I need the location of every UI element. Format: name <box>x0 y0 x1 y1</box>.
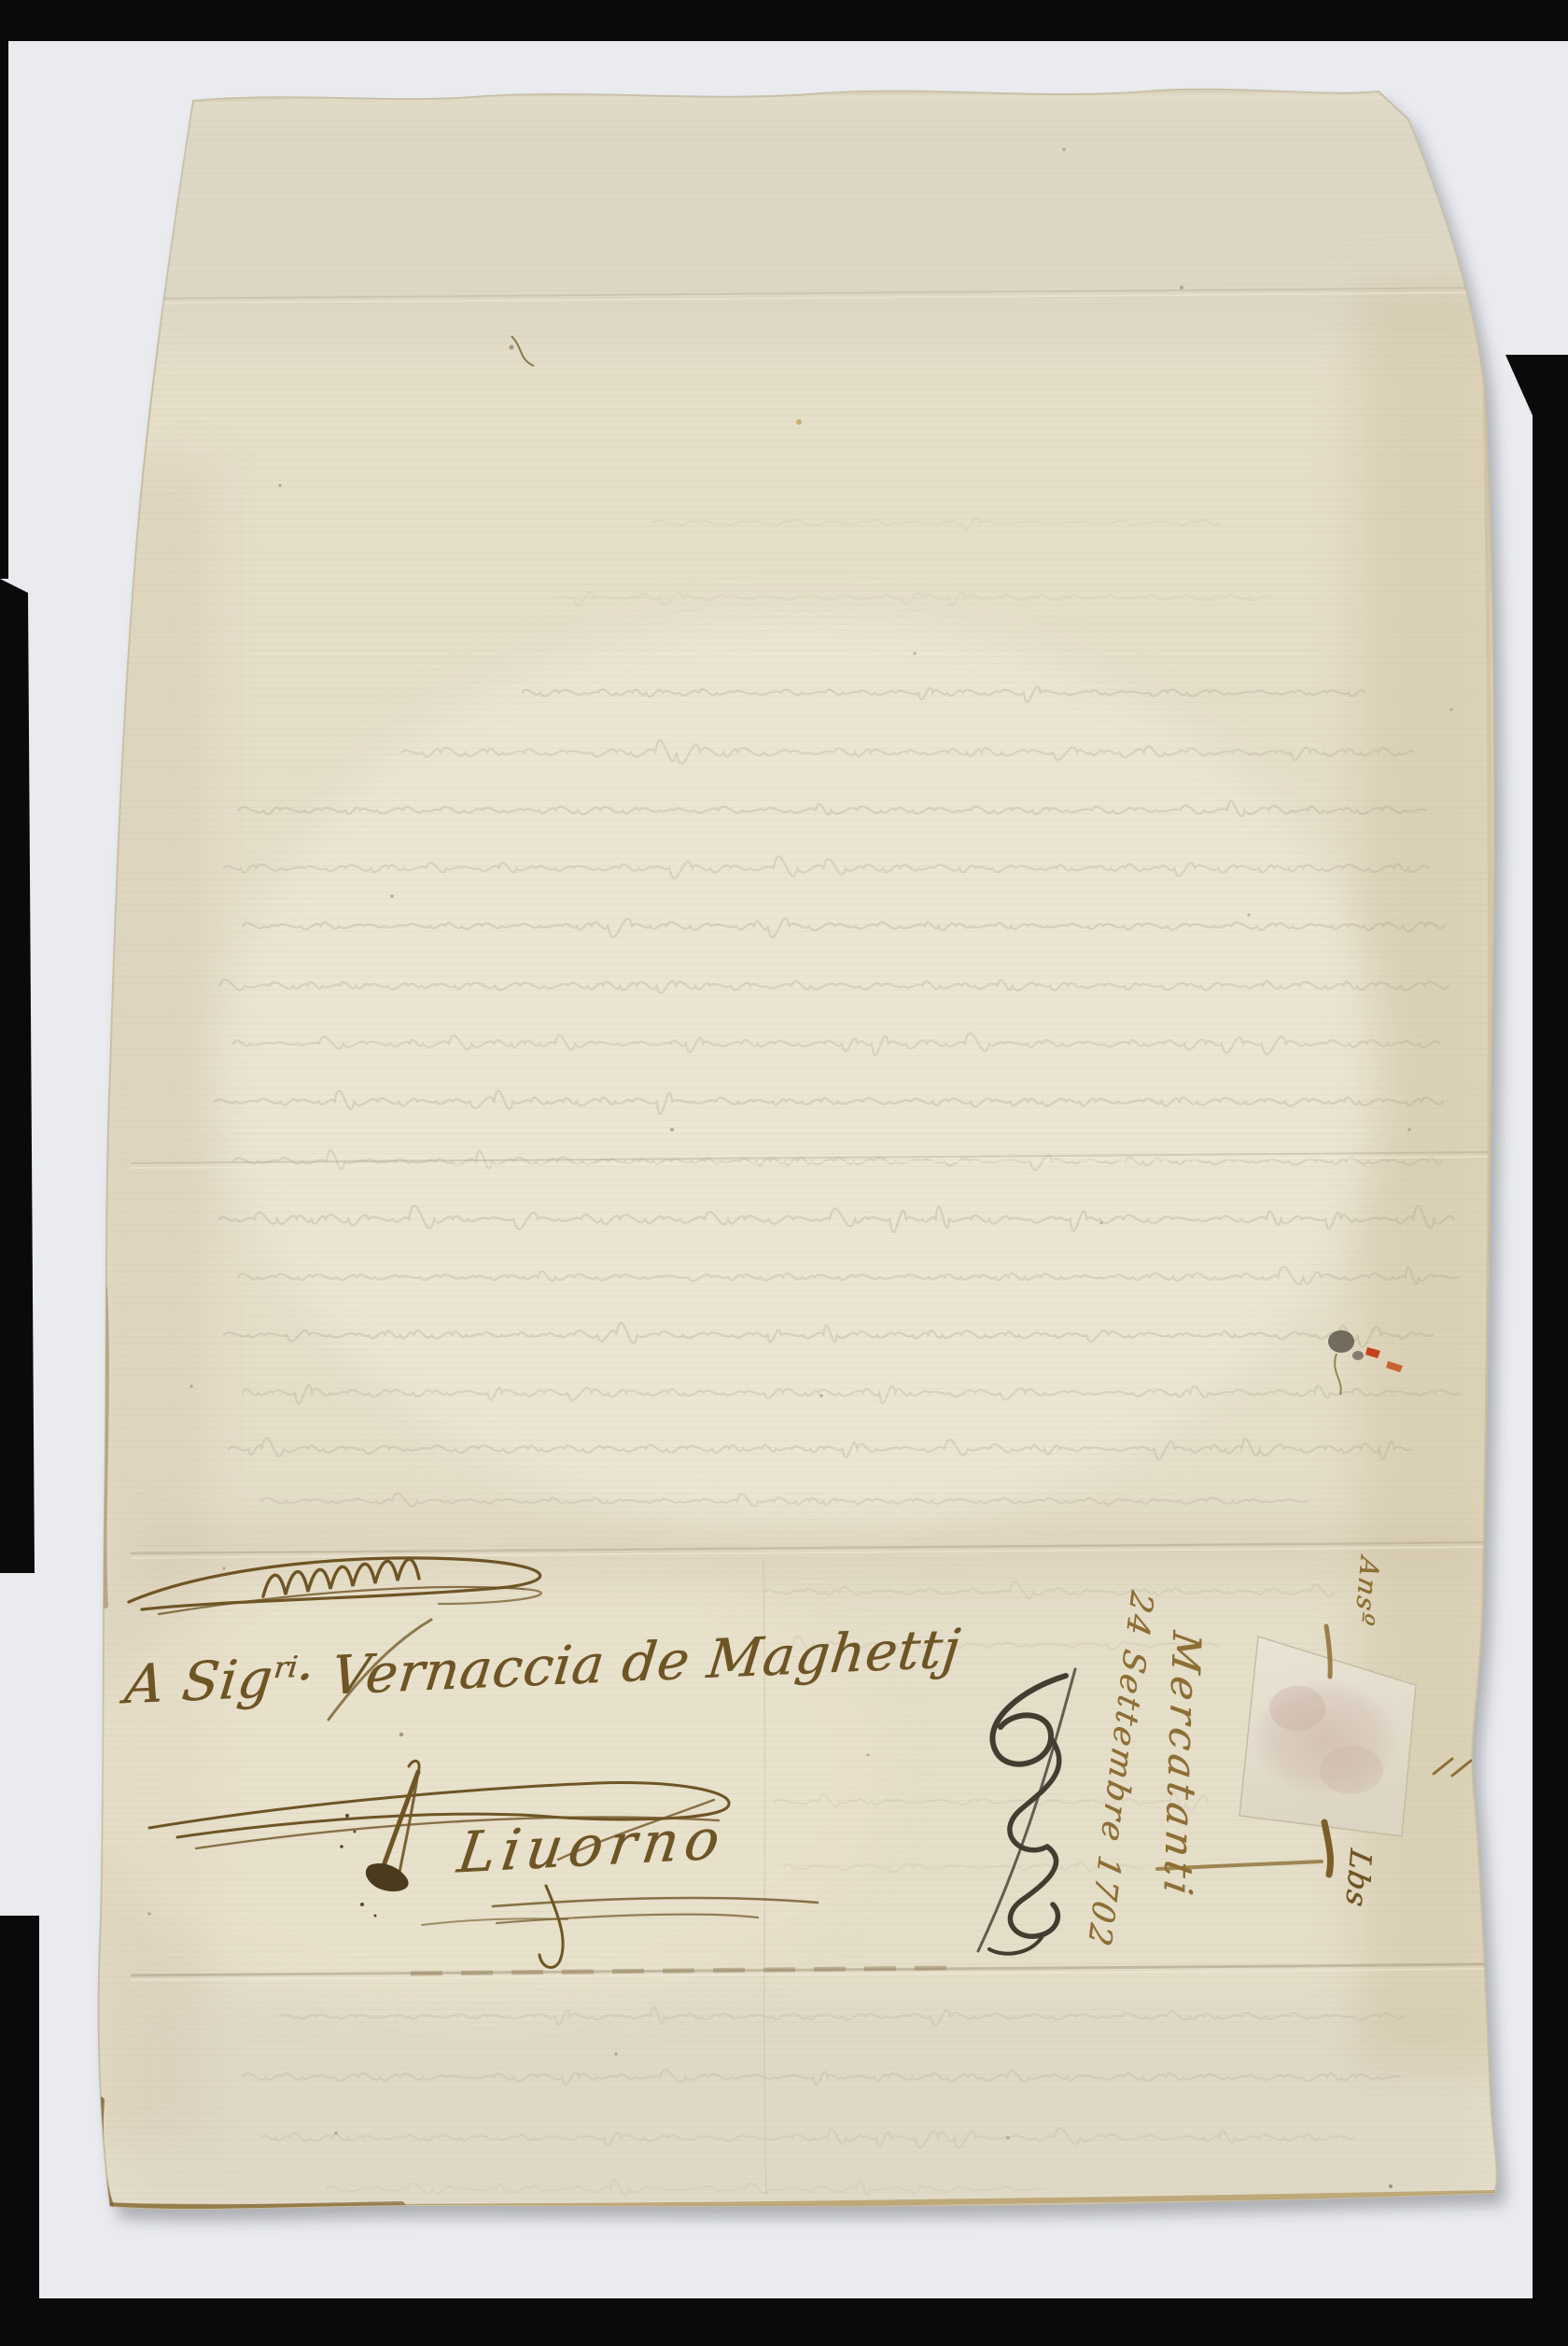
docket-note-line1: Mercatanti <box>1155 1628 1210 1902</box>
paper-speck <box>278 484 281 486</box>
seal-blotch <box>1269 1686 1325 1731</box>
letter-photo-canvas <box>0 0 1568 2346</box>
paper-speck <box>1062 148 1066 151</box>
paper-speck <box>223 1567 226 1570</box>
paper-surface <box>84 84 1512 2222</box>
paper-speck <box>867 1754 870 1757</box>
paper-speck <box>390 894 394 898</box>
frame-left-column-lower <box>0 1916 39 2298</box>
paper-speck <box>1180 286 1183 289</box>
frame-bottom-bar <box>0 2298 1568 2346</box>
corner-annotation: Ansº <box>1349 1554 1385 1630</box>
paper-speck <box>819 1394 822 1397</box>
paper-speck <box>796 419 802 425</box>
postal-rate-mark: Lbs <box>1338 1846 1379 1911</box>
paper-speck <box>1100 1222 1103 1225</box>
paper-speck <box>1006 2136 1010 2140</box>
address-prefix: A Sig <box>121 1648 275 1716</box>
paper-speck <box>1407 1128 1411 1131</box>
paper-speck <box>670 1128 674 1131</box>
paper-speck <box>334 2131 337 2134</box>
paper-speck <box>510 345 514 350</box>
paper-speck <box>1247 913 1250 916</box>
paper-speck <box>1389 2184 1393 2188</box>
paper-speck <box>189 1384 193 1388</box>
seal-blotch <box>1320 1746 1383 1794</box>
paper-speck <box>1449 708 1452 710</box>
paper-speck <box>399 1733 403 1736</box>
frame-left-sliver <box>0 41 8 579</box>
frame-right-column <box>1533 355 1568 2298</box>
photograph-of-historic-letter: A Sigri· Vernaccia de Maghettj Liuorno M… <box>0 0 1568 2346</box>
paper-speck <box>614 2052 617 2055</box>
paper-speck <box>147 1912 150 1915</box>
frame-top-bar <box>0 0 1568 41</box>
paper-speck <box>913 652 916 654</box>
